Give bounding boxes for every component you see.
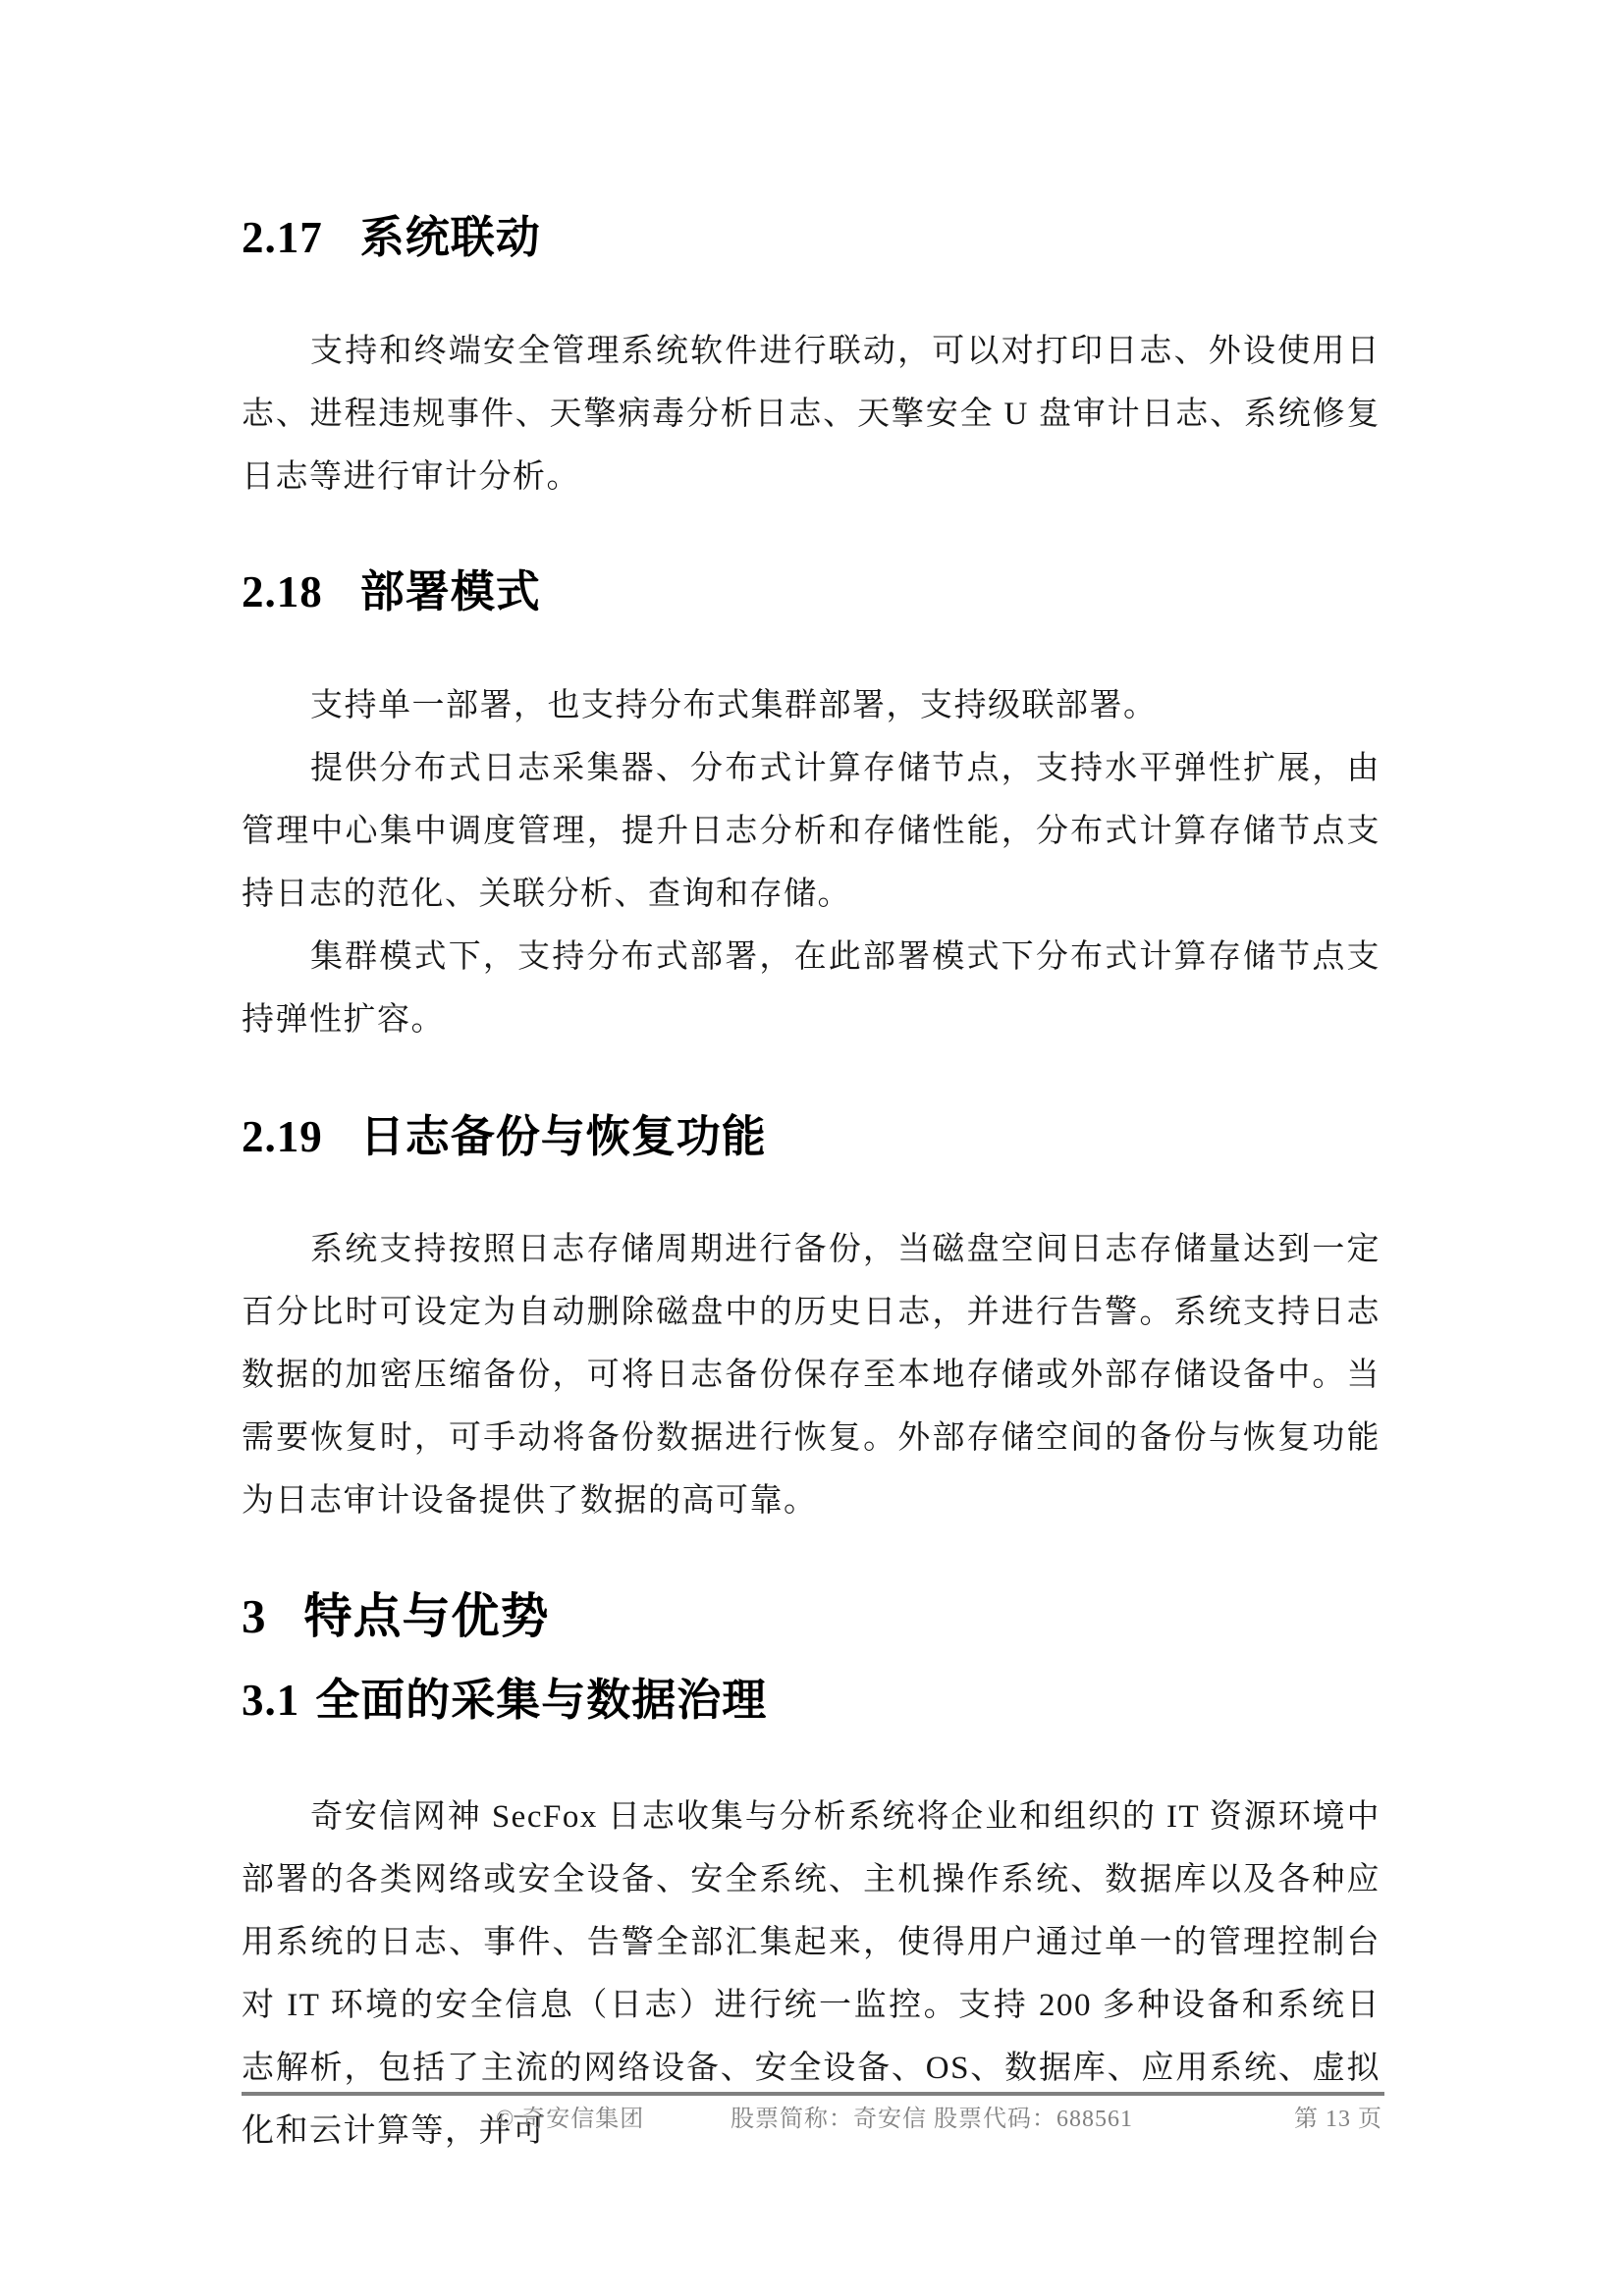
paragraph: 支持和终端安全管理系统软件进行联动，可以对打印日志、外设使用日志、进程违规事件、… (242, 320, 1380, 508)
footer-copyright: © 奇安信集团 (496, 2103, 644, 2136)
section-heading: 3特点与优势 (242, 1587, 1380, 1646)
section-heading: 2.18部署模式 (242, 564, 1380, 619)
section-heading: 3.1全面的采集与数据治理 (242, 1673, 1380, 1728)
section-2.18: 2.18部署模式 支持单一部署，也支持分布式集群部署，支持级联部署。提供分布式日… (242, 564, 1380, 1051)
footer-stock-info: 股票简称：奇安信 股票代码：688561 (731, 2103, 1133, 2136)
section-heading: 2.19日志备份与恢复功能 (242, 1109, 1380, 1164)
section-heading-title: 日志备份与恢复功能 (360, 1111, 767, 1161)
document-content: 2.17系统联动 支持和终端安全管理系统软件进行联动，可以对打印日志、外设使用日… (242, 0, 1380, 2163)
paragraph: 集群模式下，支持分布式部署，在此部署模式下分布式计算存储节点支持弹性扩容。 (242, 926, 1380, 1051)
section-heading-number: 2.17 (242, 213, 323, 262)
document-page: 2.17系统联动 支持和终端安全管理系统软件进行联动，可以对打印日志、外设使用日… (0, 0, 1624, 2296)
section-heading-title: 系统联动 (360, 212, 541, 262)
section-heading-title: 部署模式 (360, 566, 541, 616)
page-footer: © 奇安信集团 股票简称：奇安信 股票代码：688561 第 13 页 (242, 2103, 1384, 2138)
section-heading-number: 2.19 (242, 1112, 323, 1161)
paragraph: 系统支持按照日志存储周期进行备份，当磁盘空间日志存储量达到一定百分比时可设定为自… (242, 1218, 1380, 1532)
section-heading-title: 特点与优势 (304, 1590, 550, 1643)
paragraph: 提供分布式日志采集器、分布式计算存储节点，支持水平弹性扩展，由管理中心集中调度管… (242, 737, 1380, 926)
footer-page-number: 第 13 页 (1294, 2103, 1382, 2136)
section-heading: 2.17系统联动 (242, 210, 1380, 265)
footer-divider (242, 2092, 1384, 2096)
section-3: 3特点与优势 (242, 1587, 1380, 1646)
paragraph: 支持单一部署，也支持分布式集群部署，支持级联部署。 (242, 674, 1380, 737)
section-2.17: 2.17系统联动 支持和终端安全管理系统软件进行联动，可以对打印日志、外设使用日… (242, 210, 1380, 508)
section-2.19: 2.19日志备份与恢复功能 系统支持按照日志存储周期进行备份，当磁盘空间日志存储… (242, 1109, 1380, 1532)
section-heading-number: 3.1 (242, 1676, 299, 1725)
section-3.1: 3.1全面的采集与数据治理 奇安信网神 SecFox 日志收集与分析系统将企业和… (242, 1673, 1380, 2163)
section-heading-number: 3 (242, 1589, 267, 1643)
section-heading-number: 2.18 (242, 567, 323, 616)
section-heading-title: 全面的采集与数据治理 (315, 1675, 767, 1725)
